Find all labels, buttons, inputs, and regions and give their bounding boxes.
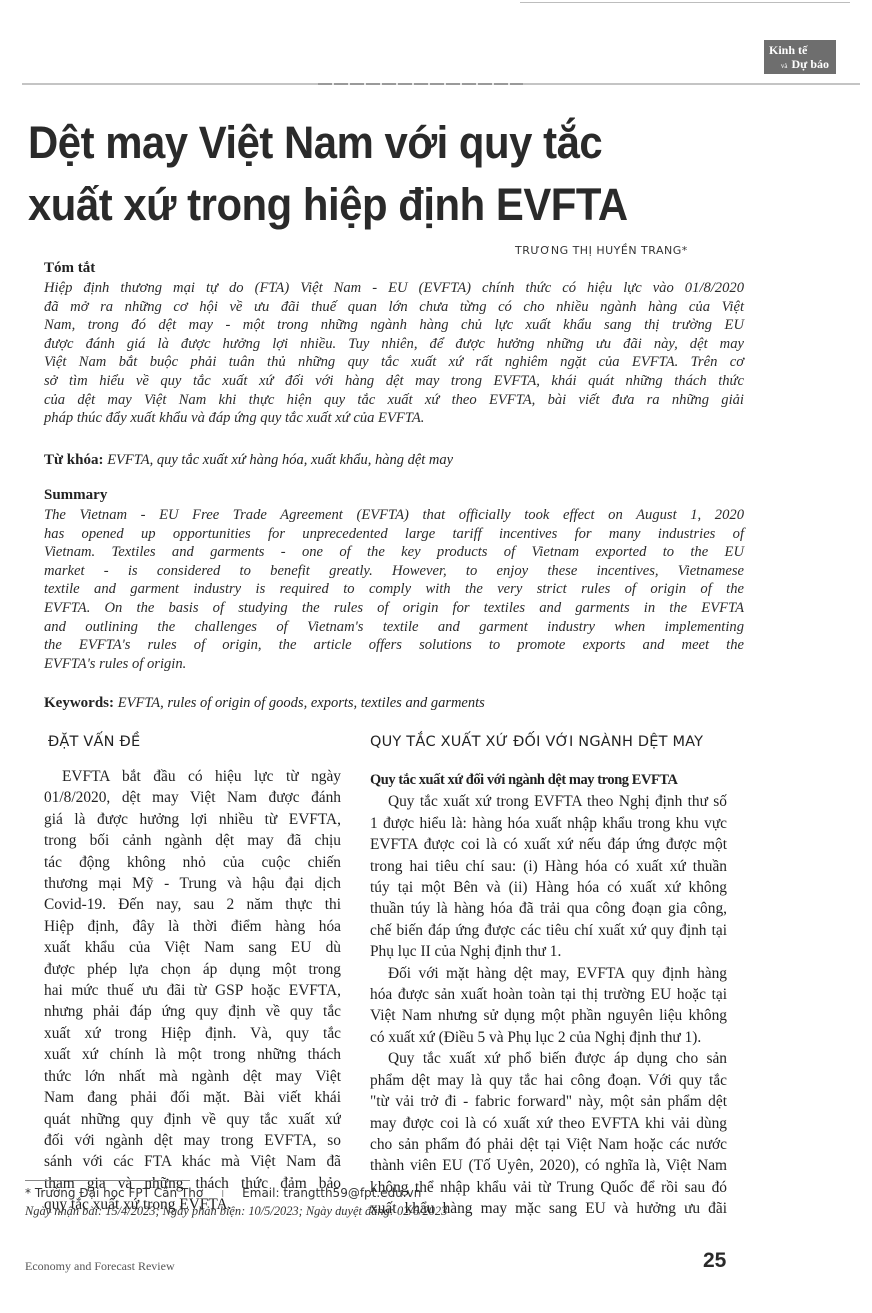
footnote-dates: Ngày nhận bài: 15/4/2023; Ngày phản biện…	[25, 1204, 447, 1219]
left-column-line: Hiệp định, đây là thời điểm hàng hóa	[44, 916, 341, 937]
left-column-line: quát những quy định về quy tắc xuất xứ	[44, 1109, 341, 1130]
left-column-body: EVFTA bắt đầu có hiệu lực từ ngày01/8/20…	[44, 766, 341, 1216]
abstract-en-heading: Summary	[44, 487, 107, 504]
left-column-line: Nam đang phải đối mặt. Bài viết khái	[44, 1087, 341, 1108]
left-column-line: sánh với các FTA khác mà Việt Nam đã	[44, 1151, 341, 1172]
abstract-en-line: EVFTA. On the basis of studying the rule…	[44, 599, 744, 618]
left-column-line: nhưng phải đáp ứng quy định về quy tắc	[44, 1001, 341, 1022]
right-column-line: thuần túy là hàng hóa đã trải qua công đ…	[370, 898, 727, 919]
abstract-en-line: market - is considered to benefit greatl…	[44, 562, 744, 581]
affiliation-text: * Trường Đại học FPT Cần Thơ	[25, 1186, 203, 1200]
right-column-line: EVFTA được coi là có xuất xứ nếu đáp ứng…	[370, 834, 727, 855]
abstract-vi-line: đã mở ra những cơ hội về ưu đãi thuế qua…	[44, 298, 744, 317]
left-column-line: đối với ngành dệt may trong EVFTA, so	[44, 1130, 341, 1151]
journal-logo: Kinh tế vàDự báo	[764, 40, 836, 74]
left-column-line: xuất xứ trong Hiệp định. Và, quy tắc	[44, 1023, 341, 1044]
right-column-line: "từ vải trở đi - fabric forward" này, mộ…	[370, 1091, 727, 1112]
left-column-line: được phép lựa chọn áp dụng một trong	[44, 959, 341, 980]
author-name: TRƯƠNG THỊ HUYỀN TRANG*	[515, 244, 688, 257]
left-column-line: xuất xứ chính là một trong những thách	[44, 1044, 341, 1065]
logo-conjunction: và	[781, 62, 788, 70]
title-line-1: Dệt may Việt Nam với quy tắc	[28, 112, 698, 174]
right-column-body: Quy tắc xuất xứ đối với ngành dệt may tr…	[370, 770, 727, 1220]
article-title: Dệt may Việt Nam với quy tắc xuất xứ tro…	[28, 112, 698, 236]
abstract-vi-line: Việt Nam bắt buộc phải tuân thủ những qu…	[44, 353, 744, 372]
left-column-line: Covid-19. Đến nay, sau 2 năm thực thi	[44, 894, 341, 915]
right-column-line: không thể nhập khẩu vải từ Trung Quốc để…	[370, 1177, 727, 1198]
section-heading-introduction: ĐẶT VẤN ĐỀ	[48, 734, 140, 750]
keywords-en: Keywords: EVFTA, rules of origin of good…	[44, 695, 485, 712]
left-column-line: thức lớn nhất mà ngành dệt may Việt	[44, 1066, 341, 1087]
left-column-line: EVFTA bắt đầu có hiệu lực từ ngày	[44, 766, 341, 787]
left-column-line: 01/8/2020, dệt may Việt Nam được đánh	[44, 787, 341, 808]
right-column-line: túy tại một Bên và (ii) Hàng hóa có xuất…	[370, 877, 727, 898]
abstract-vi-line: được đánh giá là được hưởng lợi nhiều. T…	[44, 335, 744, 354]
abstract-en-body: The Vietnam - EU Free Trade Agreement (E…	[44, 506, 744, 673]
abstract-en-line: textile and garment industry is required…	[44, 580, 744, 599]
keywords-vi: Từ khóa: EVFTA, quy tắc xuất xứ hàng hóa…	[44, 452, 453, 469]
keywords-en-label: Keywords:	[44, 695, 114, 711]
keywords-vi-text: EVFTA, quy tắc xuất xứ hàng hóa, xuất kh…	[107, 452, 453, 468]
right-column-line: Quy tắc xuất xứ trong EVFTA theo Nghị đị…	[370, 791, 727, 812]
right-column-line: cho sản phẩm đó phải dệt tại Việt Nam ho…	[370, 1134, 727, 1155]
subsection-heading: Quy tắc xuất xứ đối với ngành dệt may tr…	[370, 770, 727, 791]
abstract-en-line: and outlining the challenges of Vietnam'…	[44, 618, 744, 637]
abstract-en-line: has opened up opportunities for unpreced…	[44, 525, 744, 544]
abstract-en-line: The Vietnam - EU Free Trade Agreement (E…	[44, 506, 744, 525]
abstract-en-line: the EVFTA's rules of origin, the article…	[44, 636, 744, 655]
left-column-line: xuất khẩu của Việt Nam sang EU dù	[44, 937, 341, 958]
right-column-line: thành viên EU (Tố Uyên, 2020), có nghĩa …	[370, 1155, 727, 1176]
right-column-line: trong hai tiêu chí sau: (i) Hàng hóa có …	[370, 856, 727, 877]
abstract-en-line: Vietnam. Textiles and garments - one of …	[44, 543, 744, 562]
abstract-vi-line: của dệt may Việt Nam khi thực hiện quy t…	[44, 391, 744, 410]
abstract-vi-body: Hiệp định thương mại tự do (FTA) Việt Na…	[44, 279, 744, 428]
right-column-line: có xuất xứ (Điều 5 và Phụ lục 2 của Nghị…	[370, 1027, 727, 1048]
keywords-en-text: EVFTA, rules of origin of goods, exports…	[118, 695, 485, 711]
footnote-affiliation: * Trường Đại học FPT Cần Thơ ı Email: tr…	[25, 1186, 421, 1200]
right-column-line: Đối với mặt hàng dệt may, EVFTA quy định…	[370, 963, 727, 984]
right-column-line: chế biến đáp ứng được các tiêu chí xuất …	[370, 920, 727, 941]
abstract-vi-line: Nam, trong đó dệt may - một trong những …	[44, 316, 744, 335]
right-column-line: Việt Nam nhưng sử dụng một phần nguyên l…	[370, 1005, 727, 1026]
left-column-line: trong bối cảnh ngành dệt may đã chịu	[44, 830, 341, 851]
left-column-line: thương mại Mỹ - Trung và hậu đại dịch	[44, 873, 341, 894]
journal-name-footer: Economy and Forecast Review	[25, 1259, 175, 1274]
footnote-divider	[25, 1180, 190, 1181]
right-column-line: 1 được hiểu là: hàng hóa xuất nhập khẩu …	[370, 813, 727, 834]
right-column-line: hóa được sản xuất hoàn toàn tại thị trườ…	[370, 984, 727, 1005]
abstract-en-line: EVFTA's rules of origin.	[44, 655, 744, 674]
left-column-line: hai mức thuế ưu đãi từ GSP hoặc EVFTA,	[44, 980, 341, 1001]
right-column-line: Phụ lục II của Nghị định thư 1.	[370, 941, 727, 962]
left-column-line: tác động không nhỏ của cuộc chiến	[44, 852, 341, 873]
abstract-vi-line: pháp thúc đẩy xuất khẩu và đáp ứng quy t…	[44, 409, 744, 428]
logo-line1: Kinh tế	[769, 43, 807, 57]
footnote-separator: ı	[221, 1186, 224, 1200]
abstract-vi-heading: Tóm tắt	[44, 260, 95, 277]
page-number: 25	[703, 1249, 726, 1273]
author-email[interactable]: Email: trangtth59@fpt.edu.vn	[242, 1186, 421, 1200]
keywords-vi-label: Từ khóa:	[44, 452, 103, 468]
right-column-line: may được coi là có xuất xứ theo EVFTA kh…	[370, 1113, 727, 1134]
title-line-2: xuất xứ trong hiệp định EVFTA	[28, 174, 698, 236]
top-rule	[520, 2, 850, 3]
right-column-line: phẩm dệt may là quy tắc hai công đoạn. V…	[370, 1070, 727, 1091]
header-divider-ornament	[318, 83, 523, 85]
right-column-line: Quy tắc xuất xứ phổ biến được áp dụng ch…	[370, 1048, 727, 1069]
section-heading-rules-of-origin: QUY TẮC XUẤT XỨ ĐỐI VỚI NGÀNH DỆT MAY	[370, 734, 703, 750]
logo-line2: Dự báo	[791, 57, 829, 71]
abstract-vi-line: sở tìm hiểu về quy tắc xuất xứ đối với h…	[44, 372, 744, 391]
left-column-line: giá là được hưởng lợi nhiều từ EVFTA,	[44, 809, 341, 830]
abstract-vi-line: Hiệp định thương mại tự do (FTA) Việt Na…	[44, 279, 744, 298]
